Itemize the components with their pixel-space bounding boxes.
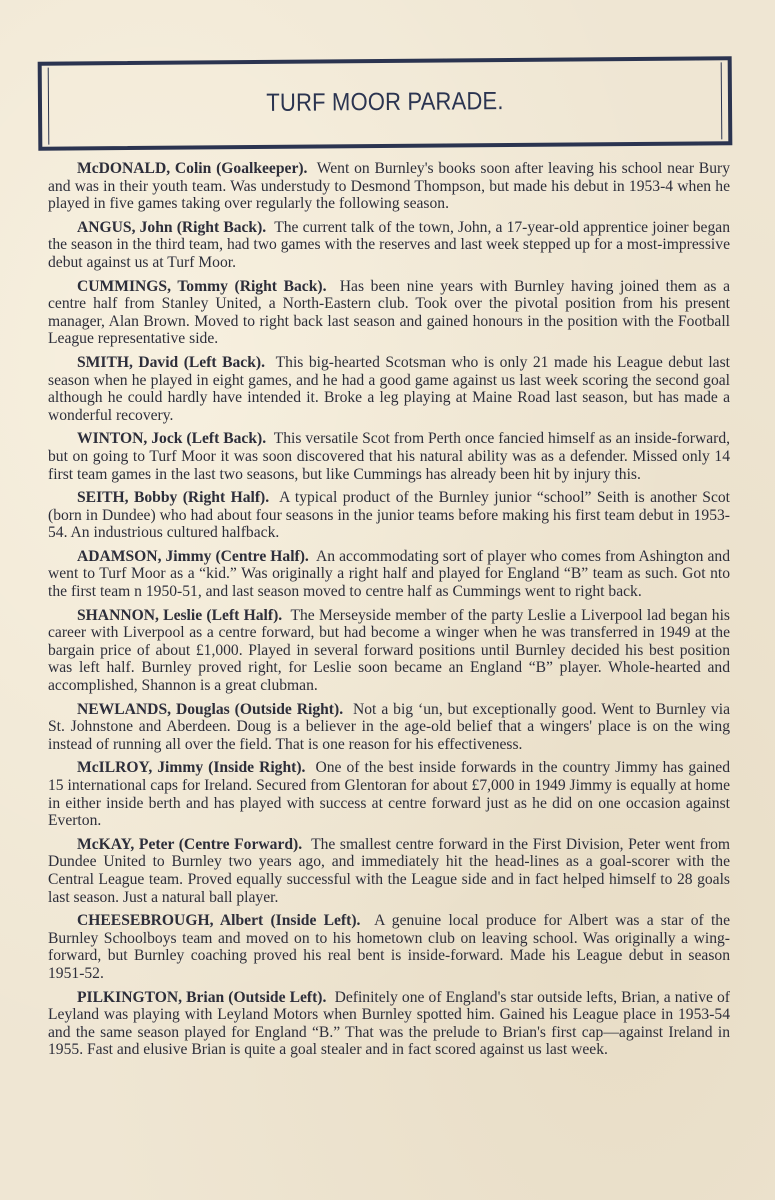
- player-entry-shannon: SHANNON, Leslie (Left Half). The Merseys…: [48, 607, 730, 695]
- player-name: SHANNON, Leslie (Left Half).: [77, 607, 282, 624]
- player-entry-newlands: NEWLANDS, Douglas (Outside Right). Not a…: [48, 701, 730, 754]
- player-name: NEWLANDS, Douglas (Outside Right).: [77, 701, 343, 718]
- player-entry-mckay: McKAY, Peter (Centre Forward). The small…: [48, 836, 730, 906]
- player-name: McKAY, Peter (Centre Forward).: [77, 836, 302, 853]
- player-entry-mcdonald: McDONALD, Colin (Goalkeeper). Went on Bu…: [48, 160, 730, 213]
- player-name: CUMMINGS, Tommy (Right Back).: [77, 278, 326, 295]
- player-name: CHEESEBROUGH, Albert (Inside Left).: [77, 912, 360, 929]
- player-profiles: McDONALD, Colin (Goalkeeper). Went on Bu…: [48, 160, 730, 1065]
- player-name: McILROY, Jimmy (Inside Right).: [77, 759, 305, 776]
- player-entry-pilkington: PILKINGTON, Brian (Outside Left). Defini…: [48, 989, 730, 1059]
- player-name: ADAMSON, Jimmy (Centre Half).: [77, 548, 309, 565]
- player-name: WINTON, Jock (Left Back).: [77, 430, 266, 447]
- player-name: PILKINGTON, Brian (Outside Left).: [77, 989, 326, 1006]
- player-entry-cheesebrough: CHEESEBROUGH, Albert (Inside Left). A ge…: [48, 912, 730, 982]
- player-name: SMITH, David (Left Back).: [77, 354, 265, 371]
- player-entry-cummings: CUMMINGS, Tommy (Right Back). Has been n…: [48, 278, 730, 348]
- player-entry-smith: SMITH, David (Left Back). This big-heart…: [48, 354, 730, 424]
- player-entry-angus: ANGUS, John (Right Back). The current ta…: [48, 219, 730, 272]
- player-entry-adamson: ADAMSON, Jimmy (Centre Half). An accommo…: [48, 548, 730, 601]
- player-name: McDONALD, Colin (Goalkeeper).: [77, 160, 307, 177]
- player-entry-mcilroy: McILROY, Jimmy (Inside Right). One of th…: [48, 759, 730, 829]
- player-name: ANGUS, John (Right Back).: [77, 219, 266, 236]
- player-entry-seith: SEITH, Bobby (Right Half). A typical pro…: [48, 489, 730, 542]
- title-box: TURF MOOR PARADE.: [38, 56, 733, 150]
- player-entry-winton: WINTON, Jock (Left Back). This versatile…: [48, 430, 730, 483]
- player-name: SEITH, Bobby (Right Half).: [77, 489, 269, 506]
- page-title: TURF MOOR PARADE.: [83, 86, 687, 120]
